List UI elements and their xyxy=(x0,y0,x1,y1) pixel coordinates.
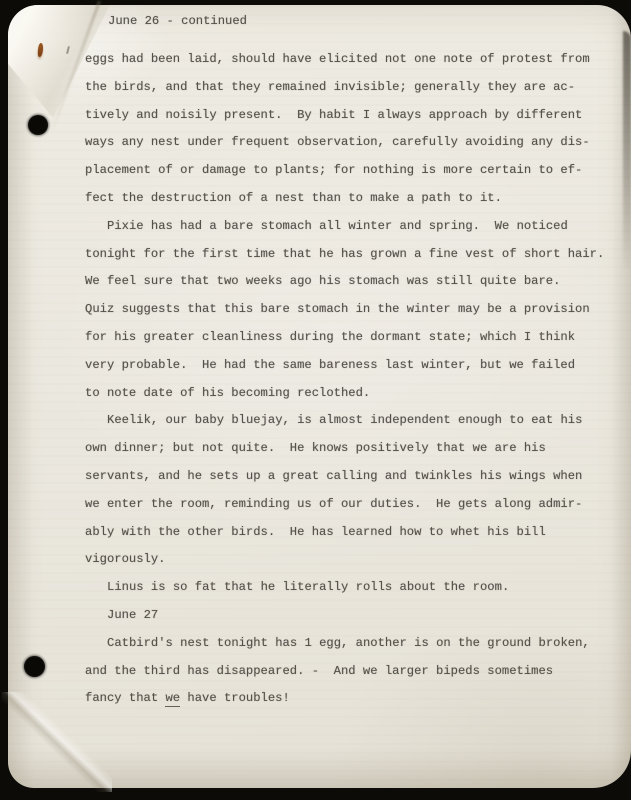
typed-line: for his greater cleanliness during the d… xyxy=(85,324,625,352)
typed-line: Pixie has had a bare stomach all winter … xyxy=(85,213,625,241)
date-line: June 27 xyxy=(85,602,625,630)
typed-line: tively and noisily present. By habit I a… xyxy=(85,102,625,130)
typed-line: We feel sure that two weeks ago his stom… xyxy=(85,268,625,296)
typed-line: ways any nest under frequent observation… xyxy=(85,129,625,157)
typed-line: fancy that we have troubles! xyxy=(85,685,625,713)
typed-line: own dinner; but not quite. He knows posi… xyxy=(85,435,625,463)
scanned-document-page: June 26 - continued eggs had been laid, … xyxy=(0,0,631,800)
typed-line: the birds, and that they remained invisi… xyxy=(85,74,625,102)
typed-line: we enter the room, reminding us of our d… xyxy=(85,491,625,519)
typed-line: placement of or damage to plants; for no… xyxy=(85,157,625,185)
typed-line: very probable. He had the same bareness … xyxy=(85,352,625,380)
typed-text: have troubles! xyxy=(180,691,290,705)
underlined-word: we xyxy=(165,691,180,707)
typed-line: vigorously. xyxy=(85,546,625,574)
paper-sheet: June 26 - continued eggs had been laid, … xyxy=(8,5,631,788)
typed-line: fect the destruction of a nest than to m… xyxy=(85,185,625,213)
typed-body: eggs had been laid, should have elicited… xyxy=(85,46,625,713)
punch-hole-top xyxy=(28,115,48,135)
typed-line: and the third has disappeared. - And we … xyxy=(85,658,625,686)
typed-line: Linus is so fat that he literally rolls … xyxy=(85,574,625,602)
typed-line: servants, and he sets up a great calling… xyxy=(85,463,625,491)
punch-hole-bottom xyxy=(24,656,45,677)
typed-line: to note date of his becoming reclothed. xyxy=(85,380,625,408)
typed-line: eggs had been laid, should have elicited… xyxy=(85,46,625,74)
typed-line: Keelik, our baby bluejay, is almost inde… xyxy=(85,407,625,435)
typed-line: Catbird's nest tonight has 1 egg, anothe… xyxy=(85,630,625,658)
typed-line: ably with the other birds. He has learne… xyxy=(85,519,625,547)
page-heading: June 26 - continued xyxy=(108,12,247,30)
typed-line: tonight for the first time that he has g… xyxy=(85,241,625,269)
typed-text: fancy that xyxy=(85,691,165,705)
typed-line: Quiz suggests that this bare stomach in … xyxy=(85,296,625,324)
